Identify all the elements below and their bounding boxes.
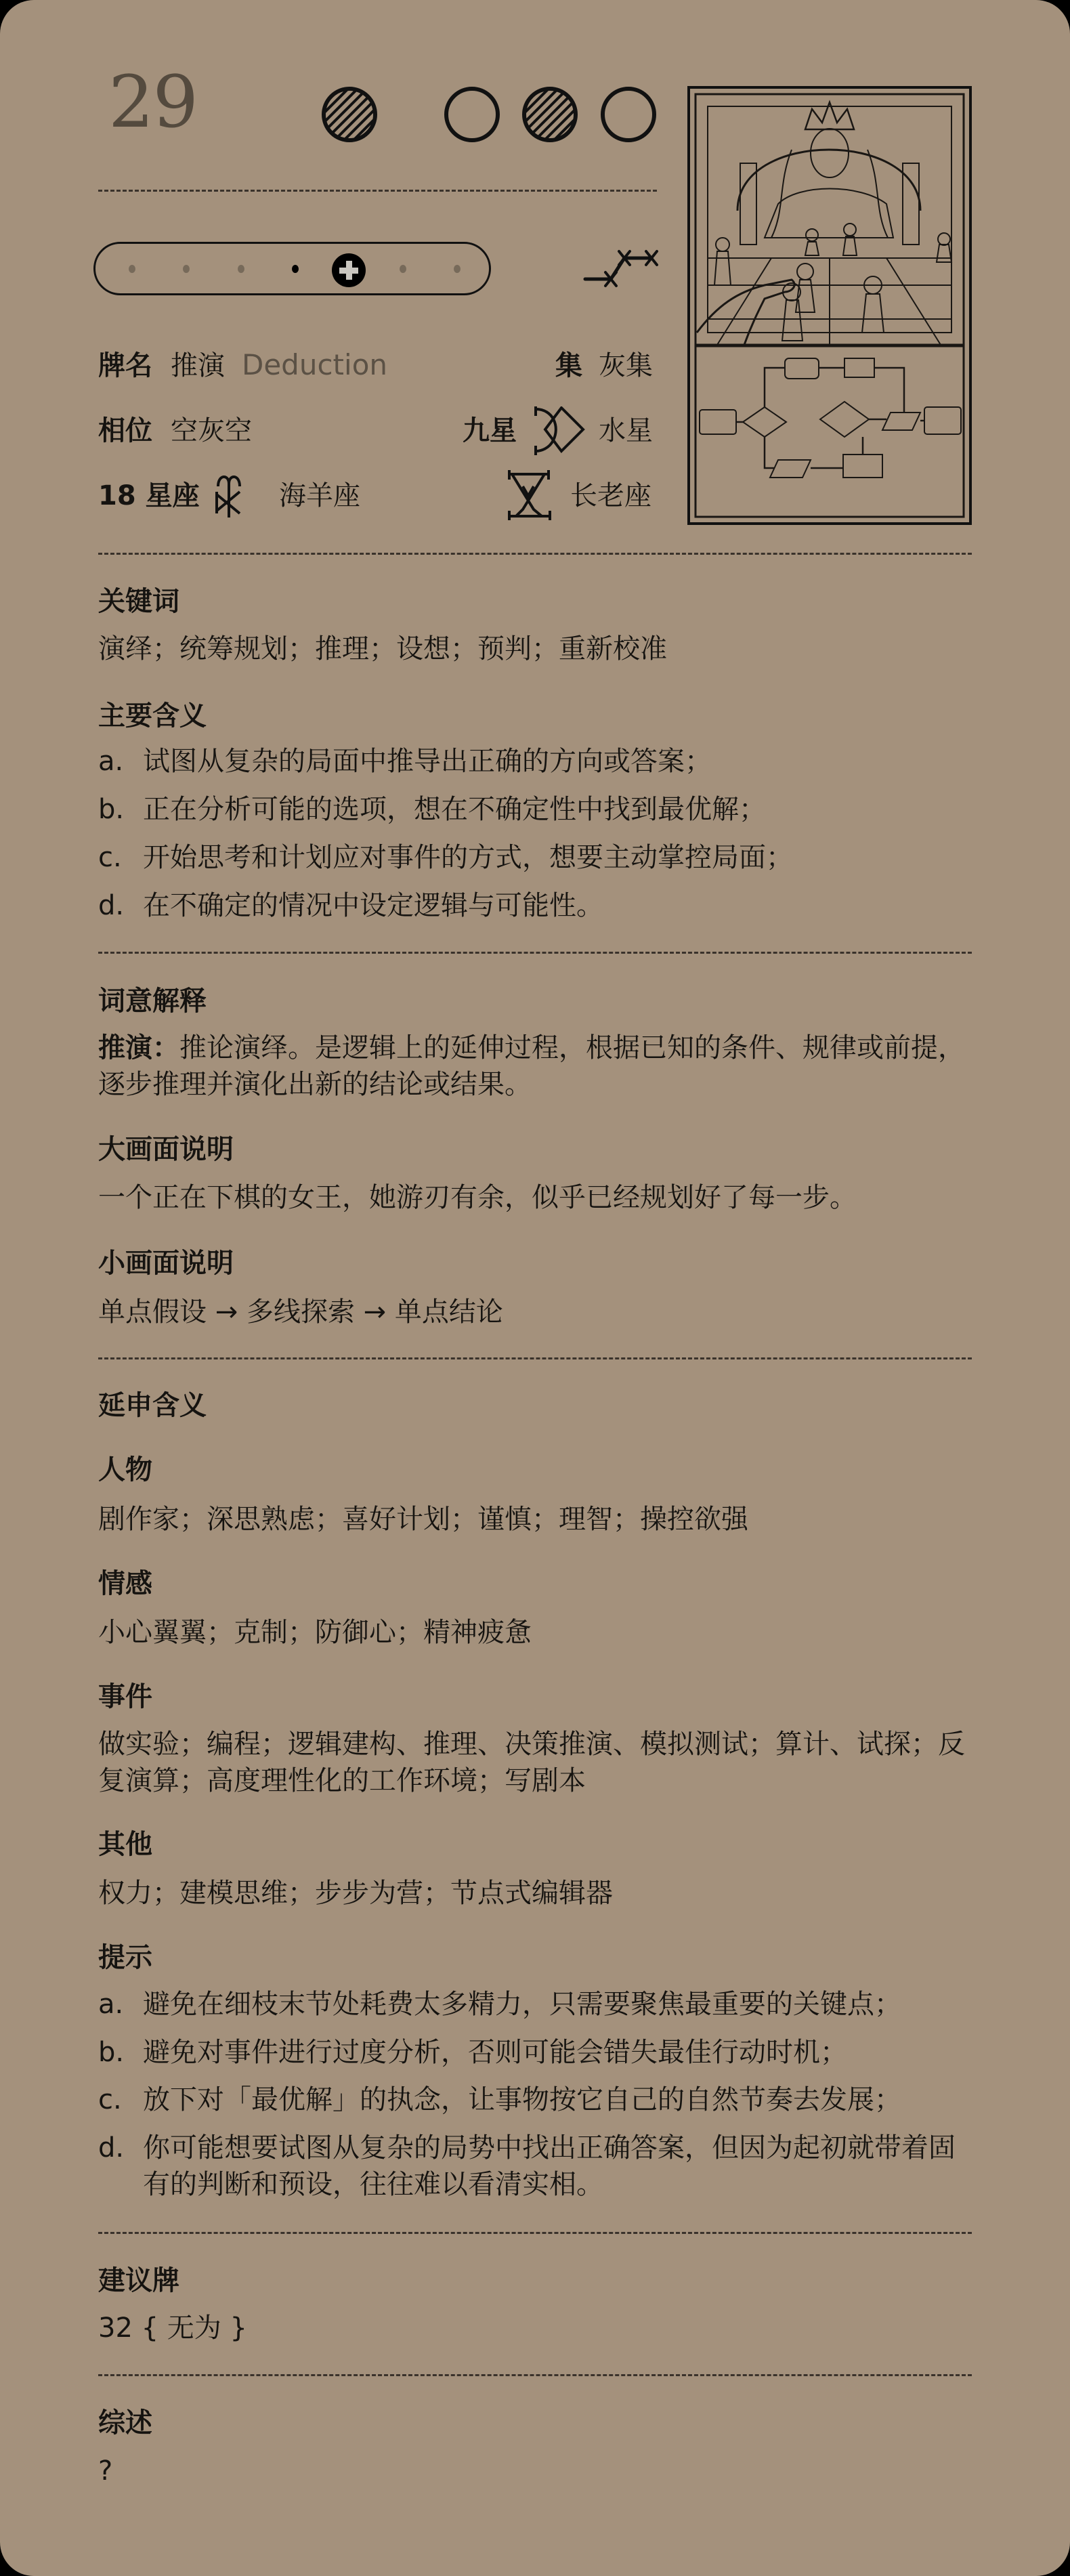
- word-meaning-text: 推演：推论演绎。是逻辑上的延伸过程，根据已知的条件、规律或前提，逐步推理并演化出…: [98, 1030, 972, 1103]
- position-slider[interactable]: [93, 242, 491, 295]
- events-text: 做实验；编程；逻辑建构、推理、决策推演、模拟测试；算计、试探；反复演算；高度理性…: [98, 1726, 972, 1799]
- summary-text: ?: [98, 2457, 112, 2485]
- zodiac-value: 海羊座: [279, 482, 360, 509]
- suggested-card-link[interactable]: 32 { 无为 }: [98, 2315, 247, 2342]
- other-text: 权力；建模思维；步步为营；节点式编辑器: [98, 1880, 613, 1907]
- tip-item: d.你可能想要试图从复杂的局势中找出正确答案，但因为起初就带着固有的判断和预设，…: [98, 2130, 979, 2203]
- divider: [98, 2232, 972, 2234]
- item-marker: d.: [98, 887, 143, 924]
- slider-step-current[interactable]: [292, 265, 299, 273]
- zodiac-label: 18 星座: [98, 482, 200, 509]
- main-meaning-title: 主要含义: [98, 702, 207, 730]
- slider-step[interactable]: [454, 265, 461, 273]
- empty-circle-icon: [600, 86, 657, 143]
- people-text: 剧作家；深思熟虑；喜好计划；谨慎；理智；操控欲强: [98, 1506, 748, 1533]
- phase-circle-1: [321, 86, 378, 143]
- slider-step[interactable]: [183, 265, 190, 273]
- set-label: 集: [555, 352, 582, 379]
- mercury-glyph-icon: [533, 406, 587, 455]
- summary-title: 综述: [98, 2409, 152, 2436]
- zodiac2-value: 长老座: [570, 482, 651, 509]
- card-name-label: 牌名: [98, 352, 152, 379]
- tips-title: 提示: [98, 1944, 152, 1971]
- main-meaning-item: c.开始思考和计划应对事件的方式，想要主动掌控局面；: [98, 839, 979, 876]
- item-marker: a.: [98, 743, 143, 780]
- main-meaning-item: a.试图从复杂的局面中推导出正确的方向或答案；: [98, 743, 979, 780]
- nine-star-label: 九星: [463, 417, 517, 444]
- small-picture-title: 小画面说明: [98, 1250, 234, 1277]
- divider: [98, 1357, 972, 1359]
- item-marker: c.: [98, 2082, 143, 2118]
- small-picture-text: 单点假设 → 多线探索 → 单点结论: [98, 1298, 503, 1326]
- other-title: 其他: [98, 1831, 152, 1858]
- events-title: 事件: [98, 1683, 152, 1710]
- item-text: 在不确定的情况中设定逻辑与可能性。: [143, 887, 979, 924]
- item-marker: b.: [98, 2034, 143, 2071]
- emotion-text: 小心翼翼；克制；防御心；精神疲惫: [98, 1619, 532, 1646]
- item-marker: b.: [98, 791, 143, 828]
- item-text: 避免在细枝末节处耗费太多精力，只需要聚焦最重要的关键点；: [143, 1986, 979, 2023]
- word-meaning-title: 词意解释: [98, 988, 207, 1015]
- main-meaning-item: b.正在分析可能的选项，想在不确定性中找到最优解；: [98, 791, 979, 828]
- tip-item: a.避免在细枝末节处耗费太多精力，只需要聚焦最重要的关键点；: [98, 1986, 979, 2023]
- item-marker: a.: [98, 1986, 143, 2023]
- hatched-circle-icon: [521, 86, 578, 143]
- phase-circle-4: [600, 86, 657, 143]
- aspect-value: 空灰空: [171, 417, 252, 444]
- divider: [98, 553, 972, 555]
- big-picture-title: 大画面说明: [98, 1136, 234, 1163]
- divider: [98, 190, 657, 192]
- suggested-card-title: 建议牌: [98, 2267, 179, 2294]
- card-name-en: Deduction: [242, 351, 387, 379]
- main-meaning-item: d.在不确定的情况中设定逻辑与可能性。: [98, 887, 979, 924]
- slider-step[interactable]: [129, 265, 135, 273]
- empty-circle-icon: [444, 86, 500, 143]
- card-detail-page: 29: [0, 0, 1070, 2576]
- item-text: 避免对事件进行过度分析，否则可能会错失最佳行动时机；: [143, 2034, 979, 2071]
- phase-circle-3: [521, 86, 578, 143]
- item-text: 开始思考和计划应对事件的方式，想要主动掌控局面；: [143, 839, 979, 876]
- item-text: 正在分析可能的选项，想在不确定性中找到最优解；: [143, 791, 979, 828]
- slider-step[interactable]: [238, 265, 244, 273]
- keywords-title: 关键词: [98, 588, 179, 615]
- word-meaning-term: 推演：: [98, 1032, 179, 1063]
- emotion-title: 情感: [98, 1570, 152, 1597]
- hatched-circle-icon: [321, 86, 378, 143]
- plus-icon[interactable]: [332, 253, 366, 287]
- constellation-line-icon: [581, 249, 659, 290]
- item-marker: d.: [98, 2130, 143, 2203]
- elder-glyph-icon: [507, 470, 553, 520]
- item-text: 试图从复杂的局面中推导出正确的方向或答案；: [143, 743, 979, 780]
- people-title: 人物: [98, 1456, 152, 1483]
- card-illustration[interactable]: [687, 86, 972, 525]
- card-name-cn: 推演: [171, 352, 225, 379]
- extended-title: 延申含义: [98, 1392, 207, 1419]
- item-text: 你可能想要试图从复杂的局势中找出正确答案，但因为起初就带着固有的判断和预设，往往…: [143, 2130, 979, 2203]
- nine-star-value: 水星: [599, 417, 653, 444]
- item-text: 放下对「最优解」的执念，让事物按它自己的自然节奏去发展；: [143, 2082, 979, 2118]
- divider: [98, 2374, 972, 2376]
- card-number: 29: [108, 66, 197, 138]
- divider: [98, 952, 972, 954]
- phase-circle-2: [444, 86, 500, 143]
- keywords-text: 演绎；统筹规划；推理；设想；预判；重新校准: [98, 635, 667, 662]
- aspect-label: 相位: [98, 417, 152, 444]
- big-picture-text: 一个正在下棋的女王，她游刃有余，似乎已经规划好了每一步。: [98, 1184, 857, 1211]
- tip-item: b.避免对事件进行过度分析，否则可能会错失最佳行动时机；: [98, 2034, 979, 2071]
- item-marker: c.: [98, 839, 143, 876]
- tip-item: c.放下对「最优解」的执念，让事物按它自己的自然节奏去发展；: [98, 2082, 979, 2118]
- slider-step[interactable]: [400, 265, 406, 273]
- sea-goat-glyph-icon: [215, 471, 242, 519]
- set-value: 灰集: [599, 352, 653, 379]
- word-meaning-definition: 推论演绎。是逻辑上的延伸过程，根据已知的条件、规律或前提，逐步推理并演化出新的结…: [98, 1032, 965, 1100]
